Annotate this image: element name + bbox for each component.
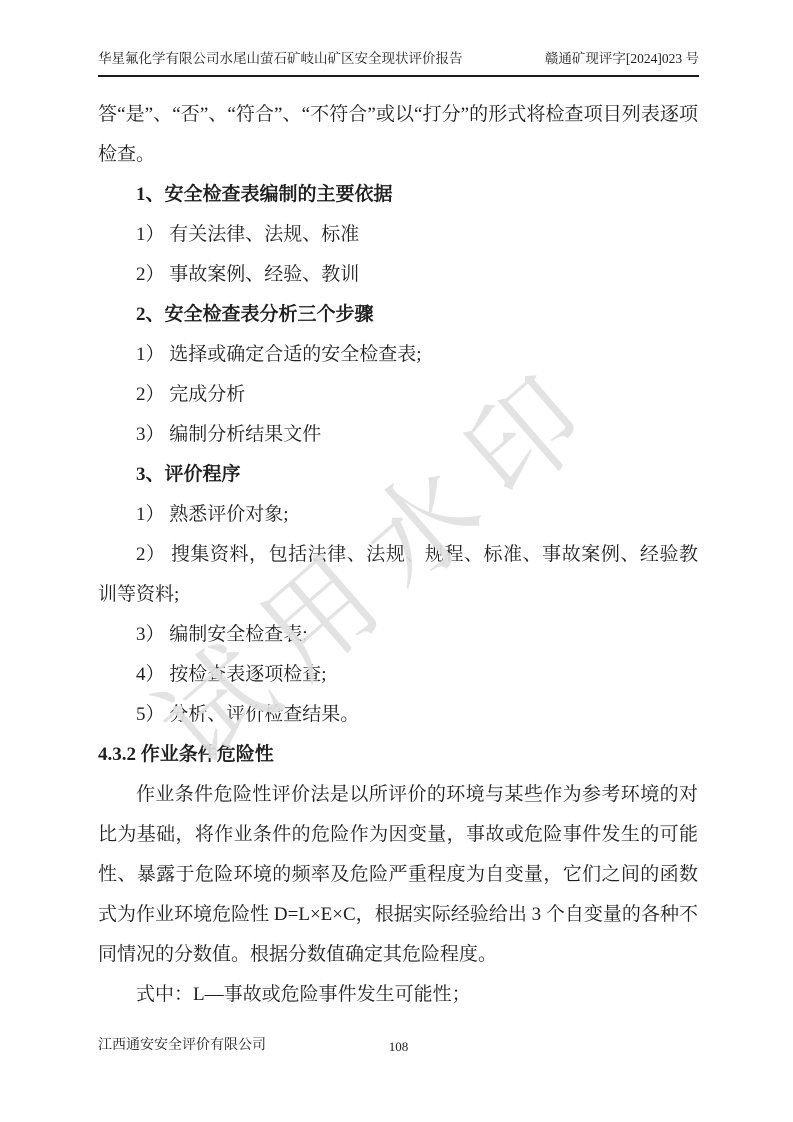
page-header: 华星氟化学有限公司水尾山萤石矿岐山矿区安全现状评价报告 赣通矿现评字[2024]… bbox=[98, 50, 699, 77]
section-heading-4-3-2: 4.3.2 作业条件危险性 bbox=[98, 735, 698, 775]
footer-page-number: 108 bbox=[98, 1037, 699, 1057]
list-item-step-1: 1） 选择或确定合适的安全检查表; bbox=[98, 335, 698, 375]
list-item-procedure-1: 1） 熟悉评价对象; bbox=[98, 495, 698, 535]
list-item-procedure-4: 4） 按检查表逐项检查; bbox=[98, 655, 698, 695]
list-item-basis-1: 1） 有关法律、法规、标准 bbox=[98, 215, 698, 255]
list-item-procedure-2: 2） 搜集资料，包括法律、法规、规程、标准、事故案例、经验教训等资料; bbox=[98, 535, 698, 615]
document-page: 华星氟化学有限公司水尾山萤石矿岐山矿区安全现状评价报告 赣通矿现评字[2024]… bbox=[0, 0, 793, 1122]
document-body: 答“是”、“否”、“符合”、“不符合”或以“打分”的形式将检查项目列表逐项检查。… bbox=[98, 95, 698, 1015]
heading-checklist-basis: 1、安全检查表编制的主要依据 bbox=[98, 175, 698, 215]
list-item-step-2: 2） 完成分析 bbox=[98, 375, 698, 415]
list-item-step-3: 3） 编制分析结果文件 bbox=[98, 415, 698, 455]
heading-evaluation-procedure: 3、评价程序 bbox=[98, 455, 698, 495]
header-report-title: 华星氟化学有限公司水尾山萤石矿岐山矿区安全现状评价报告 bbox=[98, 50, 463, 68]
list-item-procedure-3: 3） 编制安全检查表; bbox=[98, 615, 698, 655]
page-footer: 江西通安安全评价有限公司 108 bbox=[98, 1036, 699, 1058]
list-item-procedure-5: 5） 分析、评价检查结果。 bbox=[98, 695, 698, 735]
paragraph-intro-continued: 答“是”、“否”、“符合”、“不符合”或以“打分”的形式将检查项目列表逐项检查。 bbox=[98, 95, 698, 175]
paragraph-formula-note: 式中：L—事故或危险事件发生可能性； bbox=[98, 975, 698, 1015]
paragraph-lec-method: 作业条件危险性评价法是以所评价的环境与某些作为参考环境的对比为基础，将作业条件的… bbox=[98, 775, 698, 975]
header-doc-number: 赣通矿现评字[2024]023 号 bbox=[545, 50, 699, 68]
list-item-basis-2: 2） 事故案例、经验、教训 bbox=[98, 255, 698, 295]
heading-analysis-steps: 2、安全检查表分析三个步骤 bbox=[98, 295, 698, 335]
